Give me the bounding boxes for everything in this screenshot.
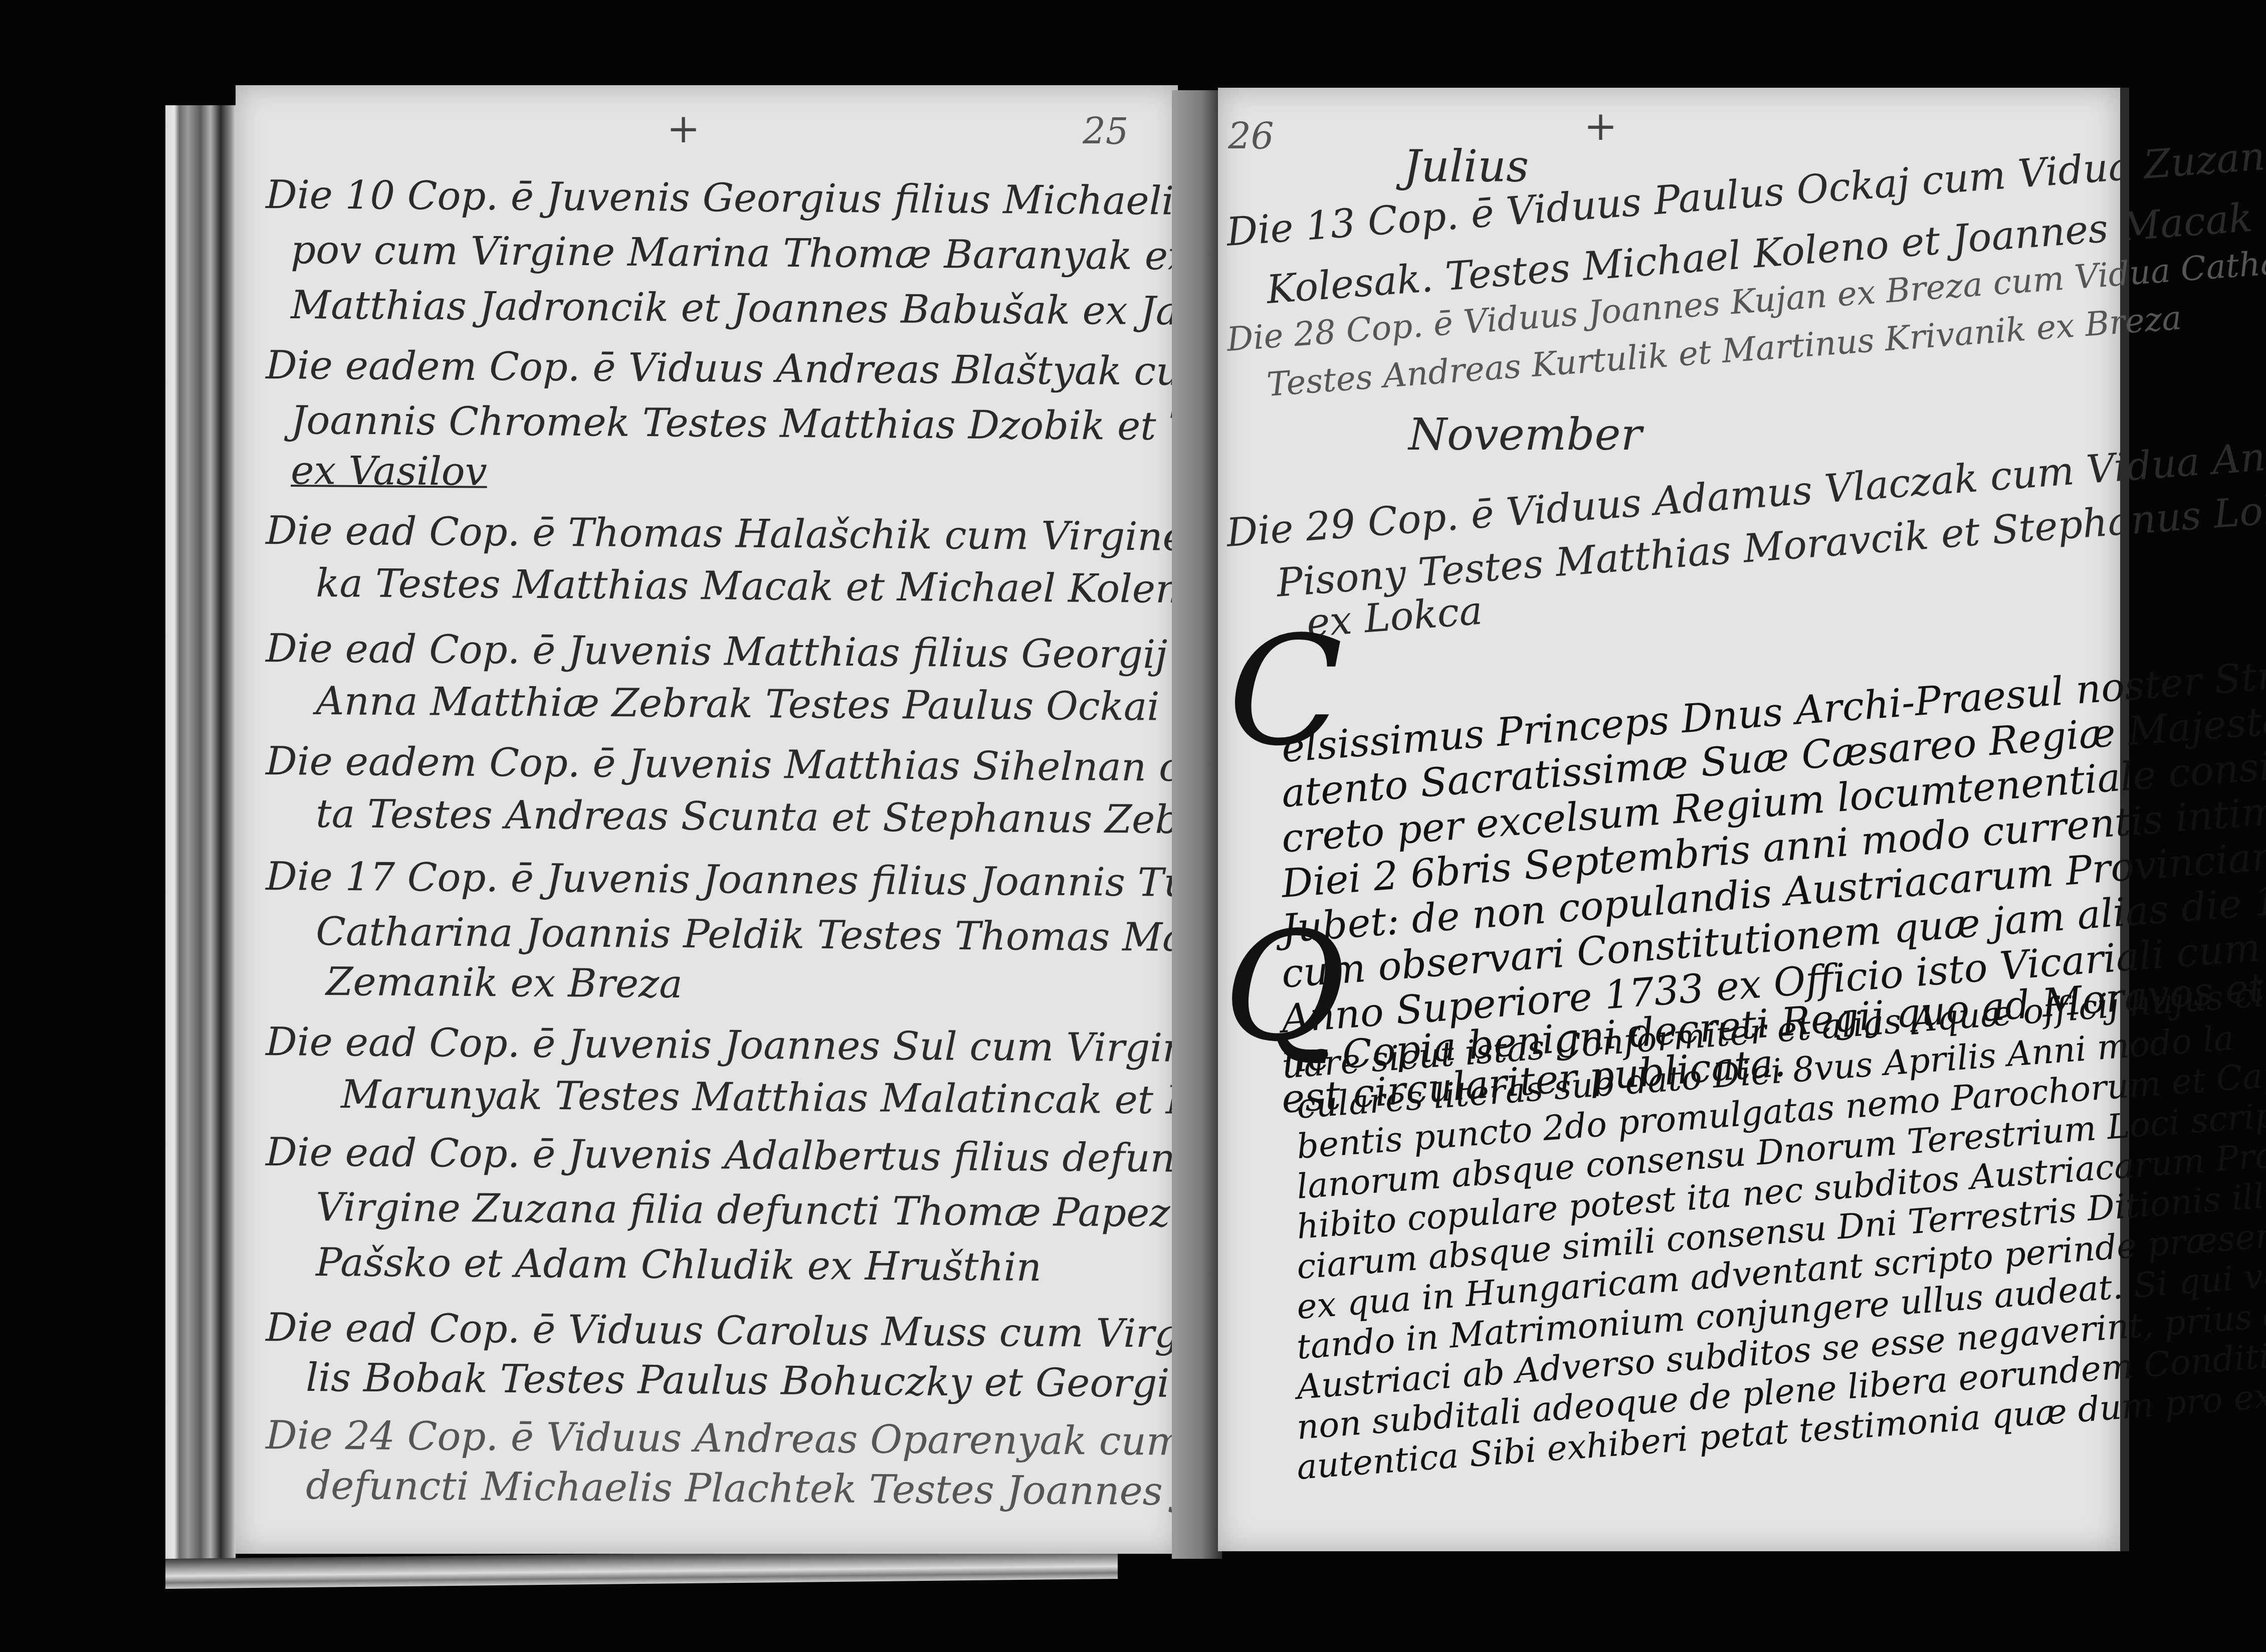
book-fore-edge — [165, 105, 236, 1584]
left-page-lower: Oparenyak ex Hrušthin — [236, 85, 1178, 1554]
right-page-lower: Q uare sicut istas Conformiter et alias … — [1218, 88, 2120, 1551]
book-bottom-edge — [165, 1549, 1118, 1589]
book-gutter — [1172, 90, 1222, 1559]
